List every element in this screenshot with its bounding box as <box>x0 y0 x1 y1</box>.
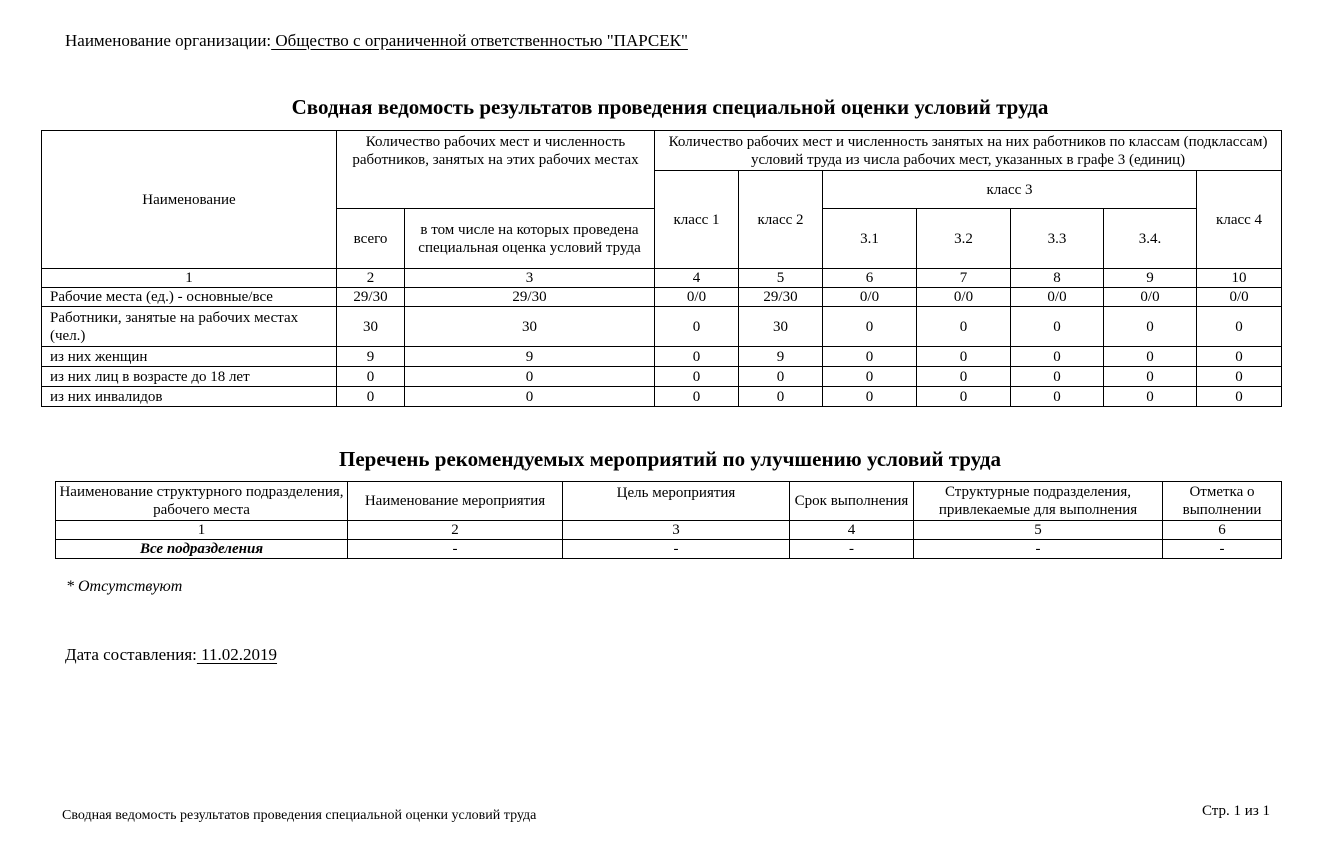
measures-column-numbers-row: 1 2 3 4 5 6 <box>56 521 1282 540</box>
row-value: 0 <box>1197 347 1282 367</box>
col-number: 8 <box>1011 269 1104 288</box>
summary-row: из них лиц в возрасте до 18 лет000000000 <box>42 367 1282 387</box>
header-class1: класс 1 <box>655 171 739 269</box>
row-value: 0 <box>1197 387 1282 407</box>
col-number: 1 <box>42 269 337 288</box>
measures-header-deadline: Срок выполнения <box>790 482 914 521</box>
measures-row: Все подразделения - - - - - <box>56 540 1282 559</box>
row-value: 0 <box>655 347 739 367</box>
row-value: 0 <box>1104 347 1197 367</box>
row-value: 0/0 <box>655 288 739 307</box>
row-label: из них лиц в возрасте до 18 лет <box>42 367 337 387</box>
summary-title: Сводная ведомость результатов проведения… <box>0 95 1340 120</box>
col-number: 5 <box>739 269 823 288</box>
row-value: 9 <box>739 347 823 367</box>
col-number: 9 <box>1104 269 1197 288</box>
date-value: 11.02.2019 <box>197 645 277 664</box>
summary-table: Наименование Количество рабочих мест и ч… <box>41 130 1282 407</box>
row-value: 0 <box>739 387 823 407</box>
row-value: 0 <box>823 307 917 347</box>
row-value: 0 <box>917 387 1011 407</box>
header-workplaces-group: Количество рабочих мест и численность ра… <box>337 131 655 209</box>
row-value: 0 <box>337 387 405 407</box>
row-value: 29/30 <box>405 288 655 307</box>
row-value: 0 <box>1104 367 1197 387</box>
row-value: 0 <box>1197 307 1282 347</box>
row-value: 0 <box>655 387 739 407</box>
col-number: 4 <box>655 269 739 288</box>
row-label: Рабочие места (ед.) - основные/все <box>42 288 337 307</box>
col-number: 10 <box>1197 269 1282 288</box>
row-label: из них инвалидов <box>42 387 337 407</box>
organization-label: Наименование организации: <box>65 31 271 50</box>
row-value: 0/0 <box>1011 288 1104 307</box>
col-number: 3 <box>563 521 790 540</box>
row-value: 0 <box>917 367 1011 387</box>
summary-row: из них женщин990900000 <box>42 347 1282 367</box>
summary-row: из них инвалидов000000000 <box>42 387 1282 407</box>
measures-cell: - <box>790 540 914 559</box>
measures-header-goal: Цель мероприятия <box>563 482 790 521</box>
row-value: 0 <box>1011 367 1104 387</box>
row-value: 0 <box>1011 387 1104 407</box>
measures-cell: - <box>1163 540 1282 559</box>
measures-cell: - <box>914 540 1163 559</box>
row-value: 0 <box>1197 367 1282 387</box>
col-number: 2 <box>337 269 405 288</box>
organization-name: Общество с ограниченной ответственностью… <box>271 31 688 50</box>
organization-line: Наименование организации: Общество с огр… <box>65 31 688 51</box>
row-value: 0/0 <box>1197 288 1282 307</box>
col-number: 2 <box>348 521 563 540</box>
row-value: 0 <box>405 367 655 387</box>
row-value: 0 <box>823 387 917 407</box>
row-value: 30 <box>337 307 405 347</box>
row-value: 0/0 <box>823 288 917 307</box>
header-total: всего <box>337 209 405 269</box>
measures-cell: - <box>348 540 563 559</box>
measures-cell: - <box>563 540 790 559</box>
row-value: 0 <box>337 367 405 387</box>
row-value: 0 <box>823 367 917 387</box>
summary-row: Рабочие места (ед.) - основные/все29/302… <box>42 288 1282 307</box>
col-number: 5 <box>914 521 1163 540</box>
row-label: Работники, занятые на рабочих местах (че… <box>42 307 337 347</box>
row-value: 0 <box>405 387 655 407</box>
measures-header-done-mark: Отметка о выполнении <box>1163 482 1282 521</box>
row-value: 0/0 <box>917 288 1011 307</box>
measures-title: Перечень рекомендуемых мероприятий по ул… <box>0 447 1340 472</box>
row-value: 0 <box>823 347 917 367</box>
summary-row: Работники, занятые на рабочих местах (че… <box>42 307 1282 347</box>
header-class3-4: 3.4. <box>1104 209 1197 269</box>
row-value: 9 <box>337 347 405 367</box>
page-number: Стр. 1 из 1 <box>1202 803 1270 820</box>
header-class3-1: 3.1 <box>823 209 917 269</box>
row-value: 0 <box>1011 347 1104 367</box>
header-classes-group: Количество рабочих мест и численность за… <box>655 131 1282 171</box>
absent-note: * Отсутствуют <box>66 578 182 596</box>
header-class3-2: 3.2 <box>917 209 1011 269</box>
row-value: 0 <box>917 307 1011 347</box>
row-value: 29/30 <box>337 288 405 307</box>
row-value: 30 <box>739 307 823 347</box>
header-class2: класс 2 <box>739 171 823 269</box>
header-assessed: в том числе на которых проведена специал… <box>405 209 655 269</box>
column-numbers-row: 1 2 3 4 5 6 7 8 9 10 <box>42 269 1282 288</box>
row-value: 0 <box>1104 307 1197 347</box>
col-number: 6 <box>823 269 917 288</box>
col-number: 7 <box>917 269 1011 288</box>
date-line: Дата составления: 11.02.2019 <box>65 645 277 665</box>
header-class4: класс 4 <box>1197 171 1282 269</box>
row-value: 0 <box>655 307 739 347</box>
row-value: 9 <box>405 347 655 367</box>
header-class3: класс 3 <box>823 171 1197 209</box>
col-number: 3 <box>405 269 655 288</box>
measures-unit-cell: Все подразделения <box>56 540 348 559</box>
row-value: 0 <box>1104 387 1197 407</box>
col-number: 4 <box>790 521 914 540</box>
measures-header-measure: Наименование мероприятия <box>348 482 563 521</box>
row-value: 0 <box>917 347 1011 367</box>
measures-table: Наименование структурного подразделения,… <box>55 481 1282 559</box>
row-value: 0 <box>655 367 739 387</box>
date-label: Дата составления: <box>65 645 197 664</box>
measures-header-departments: Структурные подразделения, привлекаемые … <box>914 482 1163 521</box>
col-number: 6 <box>1163 521 1282 540</box>
row-value: 29/30 <box>739 288 823 307</box>
header-class3-3: 3.3 <box>1011 209 1104 269</box>
row-label: из них женщин <box>42 347 337 367</box>
footer-title: Сводная ведомость результатов проведения… <box>62 808 536 824</box>
measures-header-unit: Наименование структурного подразделения,… <box>56 482 348 521</box>
row-value: 30 <box>405 307 655 347</box>
row-value: 0 <box>739 367 823 387</box>
row-value: 0/0 <box>1104 288 1197 307</box>
col-number: 1 <box>56 521 348 540</box>
header-name: Наименование <box>42 131 337 269</box>
row-value: 0 <box>1011 307 1104 347</box>
